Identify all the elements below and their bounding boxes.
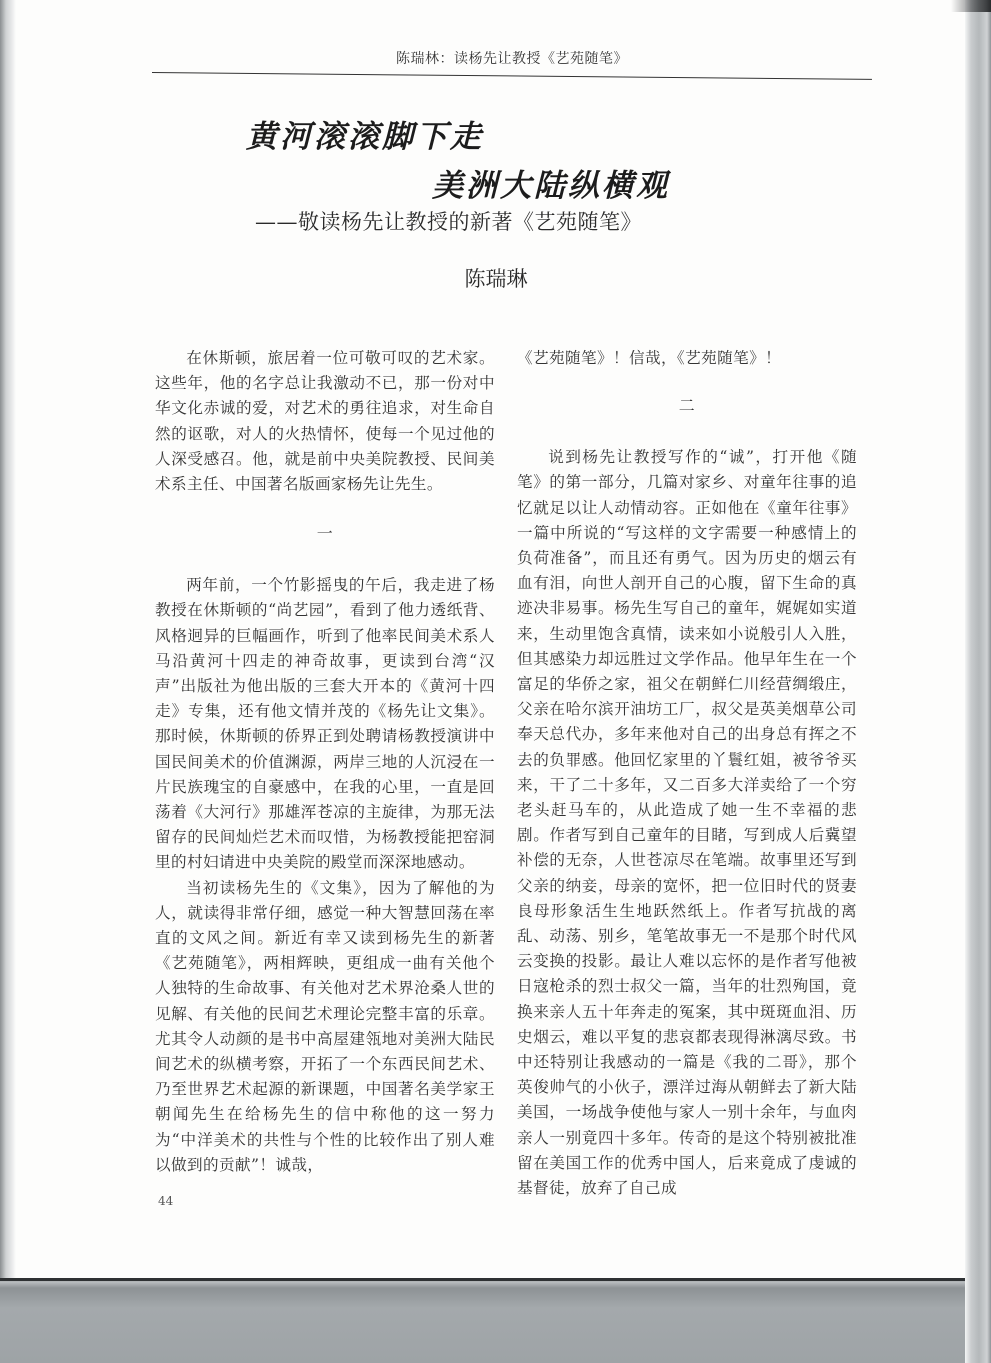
body-paragraph: 当初读杨先生的《文集》，因为了解他的为人，就读得非常仔细，感觉一种大智慧回荡在率…: [155, 876, 495, 1178]
running-header: 陈瑞林：读杨先让教授《艺苑随笔》: [152, 48, 872, 68]
scan-edge-shadow-left: [0, 0, 16, 1278]
page-number: 44: [158, 1194, 173, 1208]
body-paragraph: 说到杨先让教授写作的“诚”，打开他《随笔》的第一部分，几篇对家乡、对童年往事的追…: [517, 445, 857, 1201]
header-rule: [152, 72, 872, 80]
scan-edge-shadow-right: [965, 0, 991, 1363]
section-number-1: 一: [155, 509, 495, 559]
left-column: 在休斯顿，旅居着一位可敬可叹的艺术家。这些年，他的名字总让我激动不已，那一份对中…: [155, 346, 495, 1178]
scan-corner-shadow: [951, 0, 991, 12]
subtitle: ——敬读杨先让教授的新著《艺苑随笔》: [255, 206, 642, 236]
scanner-background: [0, 1278, 991, 1363]
title-line-1: 黄河滚滚脚下走: [246, 111, 484, 156]
magazine-page: 陈瑞林：读杨先让教授《艺苑随笔》 黄河滚滚脚下走 美洲大陆纵横观 ——敬读杨先让…: [0, 0, 991, 1281]
author-byline: 陈瑞琳: [391, 263, 601, 293]
right-column: 《艺苑随笔》！信哉，《艺苑随笔》！ 二 说到杨先让教授写作的“诚”，打开他《随笔…: [517, 346, 857, 1201]
intro-paragraph: 在休斯顿，旅居着一位可敬可叹的艺术家。这些年，他的名字总让我激动不已，那一份对中…: [155, 346, 495, 497]
section-number-2: 二: [517, 381, 857, 431]
title-line-2: 美洲大陆纵横观: [432, 160, 670, 205]
body-paragraph: 两年前，一个竹影摇曳的午后，我走进了杨教授在休斯顿的“尚艺园”，看到了他力透纸背…: [155, 573, 495, 875]
continuation-paragraph: 《艺苑随笔》！信哉，《艺苑随笔》！: [517, 346, 857, 371]
